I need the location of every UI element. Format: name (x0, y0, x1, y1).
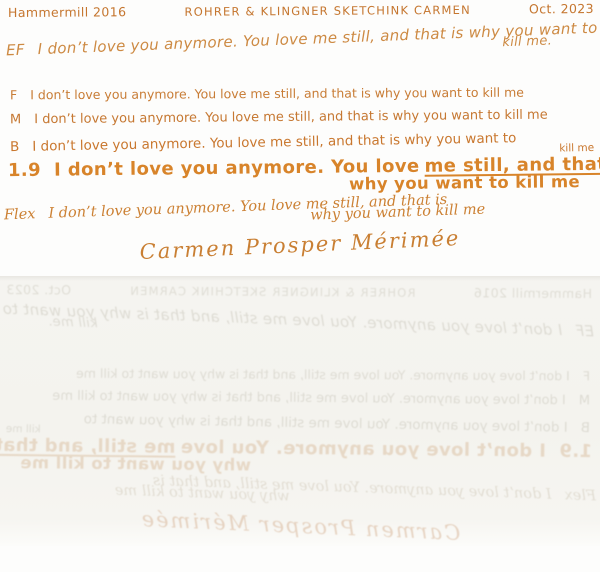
page-front: Hammermill 2016 ROHRER & KLINGNER SKETCH… (0, 0, 600, 276)
ghost-nib-label-1-9: 1.9 (559, 441, 592, 462)
nib-label-flex: Flex (4, 206, 36, 223)
ghost-nib-label-flex: Flex (564, 487, 596, 504)
ghost-nib-label-m: M (579, 393, 590, 408)
nib-line-b: BI don’t love you anymore. You love me s… (10, 129, 594, 155)
nib-line-f: FI don’t love you anymore. You love me s… (10, 85, 524, 103)
nib-line-ef: EFI don’t love you anymore. You love me … (6, 19, 599, 70)
ghost-phrase-m: I don’t love you anymore. You love me st… (52, 389, 566, 408)
nib-label-f: F (10, 87, 17, 102)
header-row: Hammermill 2016 ROHRER & KLINGNER SKETCH… (8, 1, 594, 20)
paper-name: Hammermill 2016 (8, 4, 127, 20)
ghost-test-date: Oct. 2023 (6, 282, 71, 297)
ghost-nib-label-b: B (581, 420, 591, 436)
ghost-nib-line-ef: EFI don’t love you anymore. You love me … (2, 300, 595, 351)
ghost-nib-line-m: MI don’t love you anymore. You love me s… (52, 389, 590, 409)
nib-label-b: B (10, 139, 20, 155)
phrase-b-wrap: kill me (559, 142, 594, 155)
nib-label-m: M (10, 112, 21, 127)
ghost-nib-label-f: F (583, 368, 590, 383)
nib-label-1-9: 1.9 (8, 160, 41, 181)
ghost-nib-line-f: FI don’t love you anymore. You love me s… (76, 366, 590, 384)
ghost-paper-name: Hammermill 2016 (474, 285, 593, 301)
ink-test-scan: Hammermill 2016 ROHRER & KLINGNER SKETCH… (0, 0, 600, 572)
ghost-phrase-f: I don’t love you anymore. You love me st… (76, 366, 570, 384)
phrase-b: I don’t love you anymore. You love me st… (32, 130, 516, 154)
phrase-f: I don’t love you anymore. You love me st… (30, 85, 524, 103)
test-date: Oct. 2023 (529, 1, 594, 16)
show-through-ghost: Hammermill 2016 ROHRER & KLINGNER SKETCH… (0, 281, 600, 557)
nib-label-ef: EF (6, 41, 25, 60)
ink-name: ROHRER & KLINGNER SKETCHINK CARMEN (184, 3, 470, 19)
ghost-phrase-b: I don’t love you anymore. You love me st… (84, 411, 568, 435)
ghost-phrase-b-wrap: kill me (6, 423, 41, 436)
page-back-ghost: Hammermill 2016 ROHRER & KLINGNER SKETCH… (0, 281, 600, 557)
ghost-ink-name: ROHRER & KLINGNER SKETCHINK CARMEN (129, 284, 415, 300)
nib-line-m: MI don’t love you anymore. You love me s… (10, 108, 548, 128)
ghost-header-row: Hammermill 2016 ROHRER & KLINGNER SKETCH… (6, 282, 592, 301)
ghost-nib-label-ef: EF (575, 322, 594, 341)
ghost-nib-line-b: BI don’t love you anymore. You love me s… (6, 410, 590, 436)
phrase-m: I don’t love you anymore. You love me st… (34, 108, 548, 127)
